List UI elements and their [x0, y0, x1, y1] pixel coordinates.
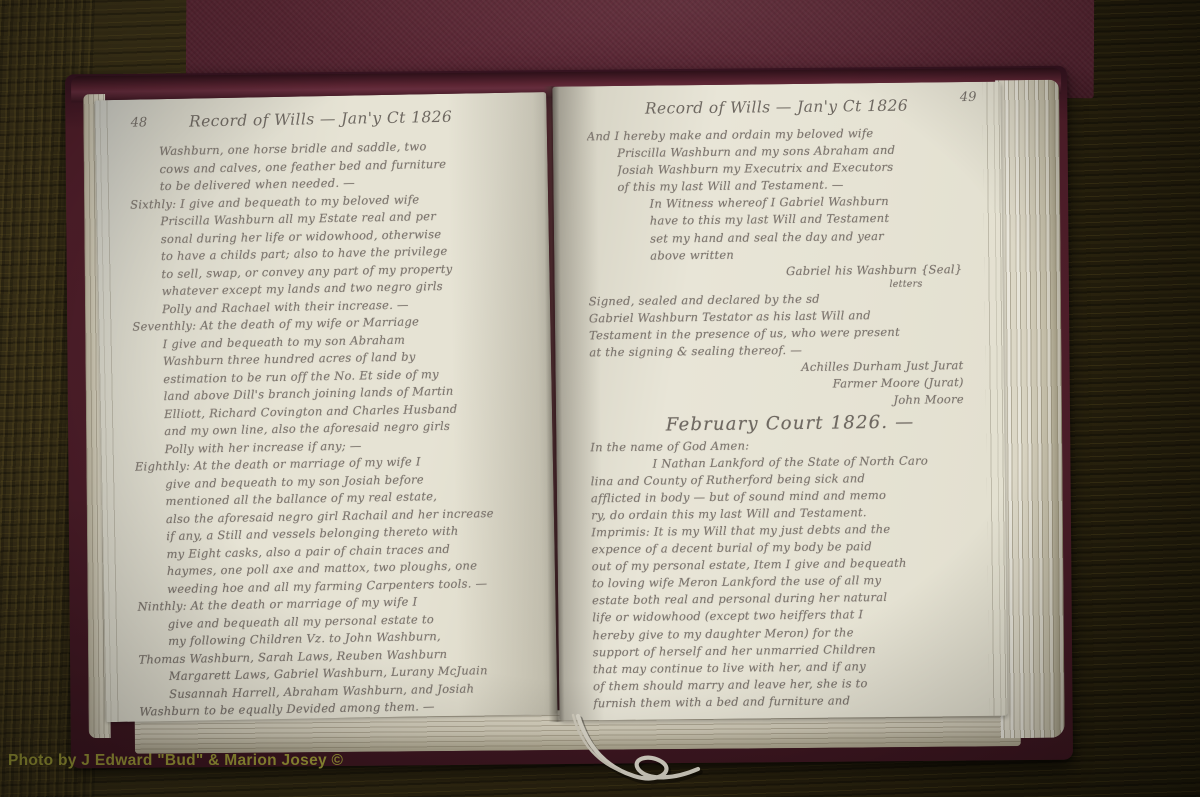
- page-title-right: Record of Wills — Jan'y Ct 1826: [552, 96, 1000, 119]
- left-page-manuscript: Washburn, one horse bridle and saddle, t…: [129, 136, 543, 713]
- page-number-left: 48: [131, 115, 148, 130]
- right-page: 49 Record of Wills — Jan'y Ct 1826 And I…: [552, 82, 1007, 721]
- photographer-watermark: Photo by J Edward "Bud" & Marion Josey ©: [8, 752, 343, 770]
- open-record-book: 48 Record of Wills — Jan'y Ct 1826 Washb…: [65, 66, 1073, 769]
- right-page-manuscript: And I hereby make and ordain my beloved …: [587, 124, 994, 713]
- page-title-left: Record of Wills — Jan'y Ct 1826: [94, 106, 546, 132]
- page-number-right: 49: [960, 90, 977, 105]
- left-page: 48 Record of Wills — Jan'y Ct 1826 Washb…: [94, 92, 557, 722]
- bookmark-string: [548, 712, 748, 797]
- manuscript-line: furnish them with a bed and furniture an…: [593, 691, 993, 713]
